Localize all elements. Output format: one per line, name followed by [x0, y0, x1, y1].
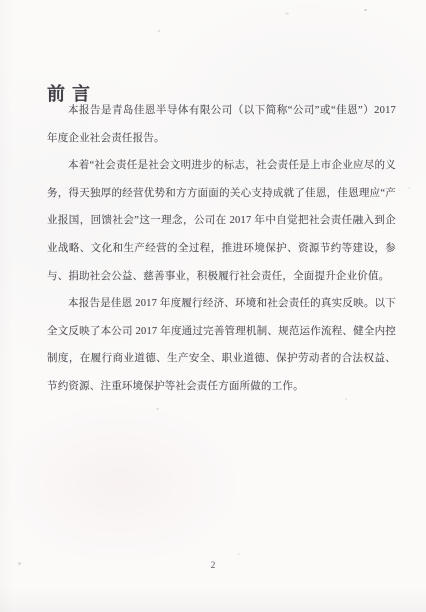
scan-artifact — [156, 408, 159, 410]
scan-artifact — [364, 9, 367, 11]
page-number: 2 — [0, 561, 426, 571]
scanned-document-page: 前言 本报告是青岛佳恩半导体有限公司（以下简称“公司”或“佳恩”）2017 年度… — [0, 0, 426, 612]
paragraph-1: 本报告是青岛佳恩半导体有限公司（以下简称“公司”或“佳恩”）2017 年度企业社… — [47, 97, 396, 152]
scan-artifact — [408, 187, 410, 189]
paragraph-2: 本着“社会责任是社会文明进步的标志，社会责任是上市企业应尽的义务，得天独厚的经营… — [47, 152, 396, 290]
scan-artifact — [285, 12, 289, 15]
scan-artifact — [158, 30, 160, 32]
paragraph-3: 本报告是佳恩 2017 年度履行经济、环境和社会责任的真实反映。以下全文反映了本… — [47, 290, 396, 400]
scan-artifact — [238, 553, 240, 555]
document-body: 本报告是青岛佳恩半导体有限公司（以下简称“公司”或“佳恩”）2017 年度企业社… — [47, 97, 396, 401]
